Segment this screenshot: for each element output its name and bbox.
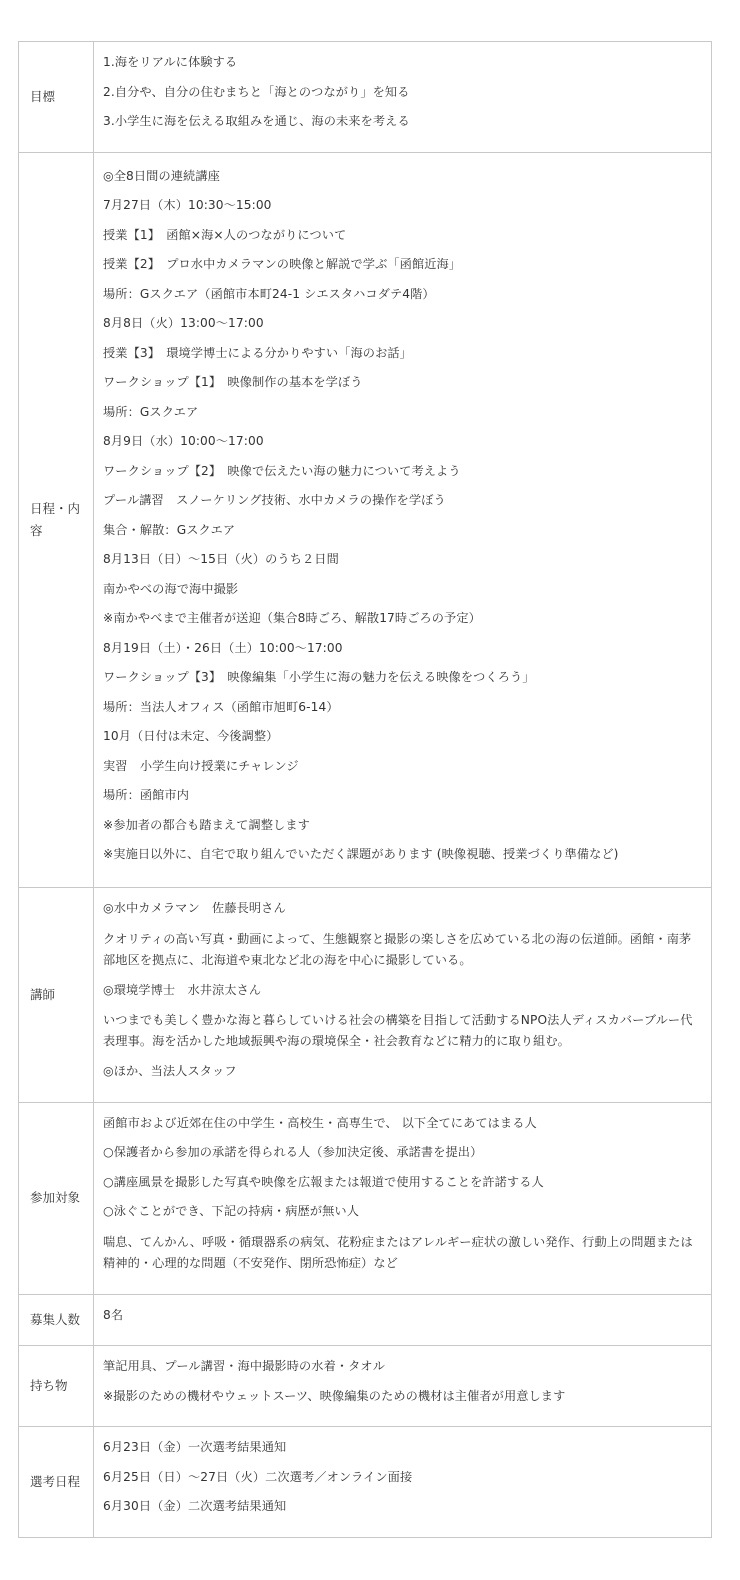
schedule-line: 授業【1】 函館×海×人のつながりについて bbox=[103, 221, 702, 251]
row-content: 筆記用具、プール講習・海中撮影時の水着・タオル ※撮影のための機材やウェットスー… bbox=[94, 1346, 712, 1427]
eligibility-line: ○講座風景を撮影した写真や映像を広報または報道で使用することを許諾する人 bbox=[103, 1168, 702, 1198]
schedule-line: ワークショップ【2】 映像で伝えたい海の魅力について考えよう bbox=[103, 457, 702, 487]
row-goals: 目標 1.海をリアルに体験する 2.自分や、自分の住むまちと「海とのつながり」を… bbox=[19, 42, 712, 153]
schedule-line: 実習 小学生向け授業にチャレンジ bbox=[103, 752, 702, 782]
row-content: 8名 bbox=[94, 1294, 712, 1346]
schedule-line: ※参加者の都合も踏まえて調整します bbox=[103, 811, 702, 841]
row-label: 参加対象 bbox=[19, 1102, 94, 1294]
row-label: 選考日程 bbox=[19, 1427, 94, 1538]
schedule-line: ※実施日以外に、自宅で取り組んでいただく課題があります (映像視聴、授業づくり準… bbox=[103, 840, 702, 870]
row-selection-schedule: 選考日程 6月23日（金）一次選考結果通知 6月25日（日）〜27日（火）二次選… bbox=[19, 1427, 712, 1538]
eligibility-line: ○泳ぐことができ、下記の持病・病歴が無い人 bbox=[103, 1197, 702, 1227]
row-label: 目標 bbox=[19, 42, 94, 153]
row-eligibility: 参加対象 函館市および近郊在住の中学生・高校生・高専生で、 以下全てにあてはまる… bbox=[19, 1102, 712, 1294]
schedule-line: 授業【2】 プロ水中カメラマンの映像と解説で学ぶ「函館近海」 bbox=[103, 250, 702, 280]
schedule-line: 7月27日（木）10:30〜15:00 bbox=[103, 191, 702, 221]
eligibility-line: 函館市および近郊在住の中学生・高校生・高専生で、 以下全てにあてはまる人 bbox=[103, 1109, 702, 1139]
schedule-line: 場所：Gスクエア bbox=[103, 398, 702, 428]
schedule-line: 集合・解散：Gスクエア bbox=[103, 516, 702, 546]
goal-line: 1.海をリアルに体験する bbox=[103, 48, 702, 78]
selection-line: 6月25日（日）〜27日（火）二次選考／オンライン面接 bbox=[103, 1463, 702, 1493]
eligibility-line: 喘息、てんかん、呼吸・循環器系の病気、花粉症またはアレルギー症状の激しい発作、行… bbox=[103, 1227, 702, 1279]
schedule-line: 場所：函館市内 bbox=[103, 781, 702, 811]
schedule-line: 8月13日（日）〜15日（火）のうち２日間 bbox=[103, 545, 702, 575]
schedule-line: 場所：Gスクエア（函館市本町24-1 シエスタハコダテ4階） bbox=[103, 280, 702, 310]
belongings-line: ※撮影のための機材やウェットスーツ、映像編集のための機材は主催者が用意します bbox=[103, 1382, 702, 1412]
selection-line: 6月23日（金）一次選考結果通知 bbox=[103, 1433, 702, 1463]
schedule-line: 授業【3】 環境学博士による分かりやすい「海のお話」 bbox=[103, 339, 702, 369]
row-capacity: 募集人数 8名 bbox=[19, 1294, 712, 1346]
row-label: 募集人数 bbox=[19, 1294, 94, 1346]
schedule-line: ※南かやべまで主催者が送迎（集合8時ごろ、解散17時ごろの予定） bbox=[103, 604, 702, 634]
schedule-line: 8月8日（火）13:00〜17:00 bbox=[103, 309, 702, 339]
row-content: 6月23日（金）一次選考結果通知 6月25日（日）〜27日（火）二次選考／オンラ… bbox=[94, 1427, 712, 1538]
goal-line: 3.小学生に海を伝える取組みを通じ、海の未来を考える bbox=[103, 107, 702, 137]
row-content: ◎水中カメラマン 佐藤長明さん クオリティの高い写真・動画によって、生態観察と撮… bbox=[94, 888, 712, 1103]
capacity-value: 8名 bbox=[103, 1301, 702, 1331]
row-schedule: 日程・内容 ◎全8日間の連続講座 7月27日（木）10:30〜15:00 授業【… bbox=[19, 153, 712, 888]
schedule-line: 8月9日（水）10:00〜17:00 bbox=[103, 427, 702, 457]
schedule-line: 場所：当法人オフィス（函館市旭町6-14） bbox=[103, 693, 702, 723]
schedule-line: 8月19日（土）・26日（土）10:00〜17:00 bbox=[103, 634, 702, 664]
row-belongings: 持ち物 筆記用具、プール講習・海中撮影時の水着・タオル ※撮影のための機材やウェ… bbox=[19, 1346, 712, 1427]
instructor-name: ◎水中カメラマン 佐藤長明さん bbox=[103, 894, 702, 924]
row-content: ◎全8日間の連続講座 7月27日（木）10:30〜15:00 授業【1】 函館×… bbox=[94, 153, 712, 888]
schedule-line: 10月（日付は未定、今後調整） bbox=[103, 722, 702, 752]
row-label: 日程・内容 bbox=[19, 153, 94, 888]
instructor-name: ◎ほか、当法人スタッフ bbox=[103, 1057, 702, 1087]
instructor-bio: いつまでも美しく豊かな海と暮らしていける社会の構築を目指して活動するNPO法人デ… bbox=[103, 1005, 702, 1057]
schedule-line: ワークショップ【3】 映像編集「小学生に海の魅力を伝える映像をつくろう」 bbox=[103, 663, 702, 693]
program-info-table: 目標 1.海をリアルに体験する 2.自分や、自分の住むまちと「海とのつながり」を… bbox=[18, 41, 712, 1538]
instructor-name: ◎環境学博士 水井涼太さん bbox=[103, 976, 702, 1006]
schedule-line: ワークショップ【1】 映像制作の基本を学ぼう bbox=[103, 368, 702, 398]
row-content: 函館市および近郊在住の中学生・高校生・高専生で、 以下全てにあてはまる人 ○保護… bbox=[94, 1102, 712, 1294]
row-instructors: 講師 ◎水中カメラマン 佐藤長明さん クオリティの高い写真・動画によって、生態観… bbox=[19, 888, 712, 1103]
instructor-bio: クオリティの高い写真・動画によって、生態観察と撮影の楽しさを広めている北の海の伝… bbox=[103, 924, 702, 976]
goal-line: 2.自分や、自分の住むまちと「海とのつながり」を知る bbox=[103, 78, 702, 108]
eligibility-line: ○保護者から参加の承諾を得られる人（参加決定後、承諾書を提出） bbox=[103, 1138, 702, 1168]
schedule-line: ◎全8日間の連続講座 bbox=[103, 162, 702, 192]
row-content: 1.海をリアルに体験する 2.自分や、自分の住むまちと「海とのつながり」を知る … bbox=[94, 42, 712, 153]
schedule-line: プール講習 スノーケリング技術、水中カメラの操作を学ぼう bbox=[103, 486, 702, 516]
row-label: 講師 bbox=[19, 888, 94, 1103]
row-label: 持ち物 bbox=[19, 1346, 94, 1427]
selection-line: 6月30日（金）二次選考結果通知 bbox=[103, 1492, 702, 1522]
schedule-line: 南かやべの海で海中撮影 bbox=[103, 575, 702, 605]
belongings-line: 筆記用具、プール講習・海中撮影時の水着・タオル bbox=[103, 1352, 702, 1382]
